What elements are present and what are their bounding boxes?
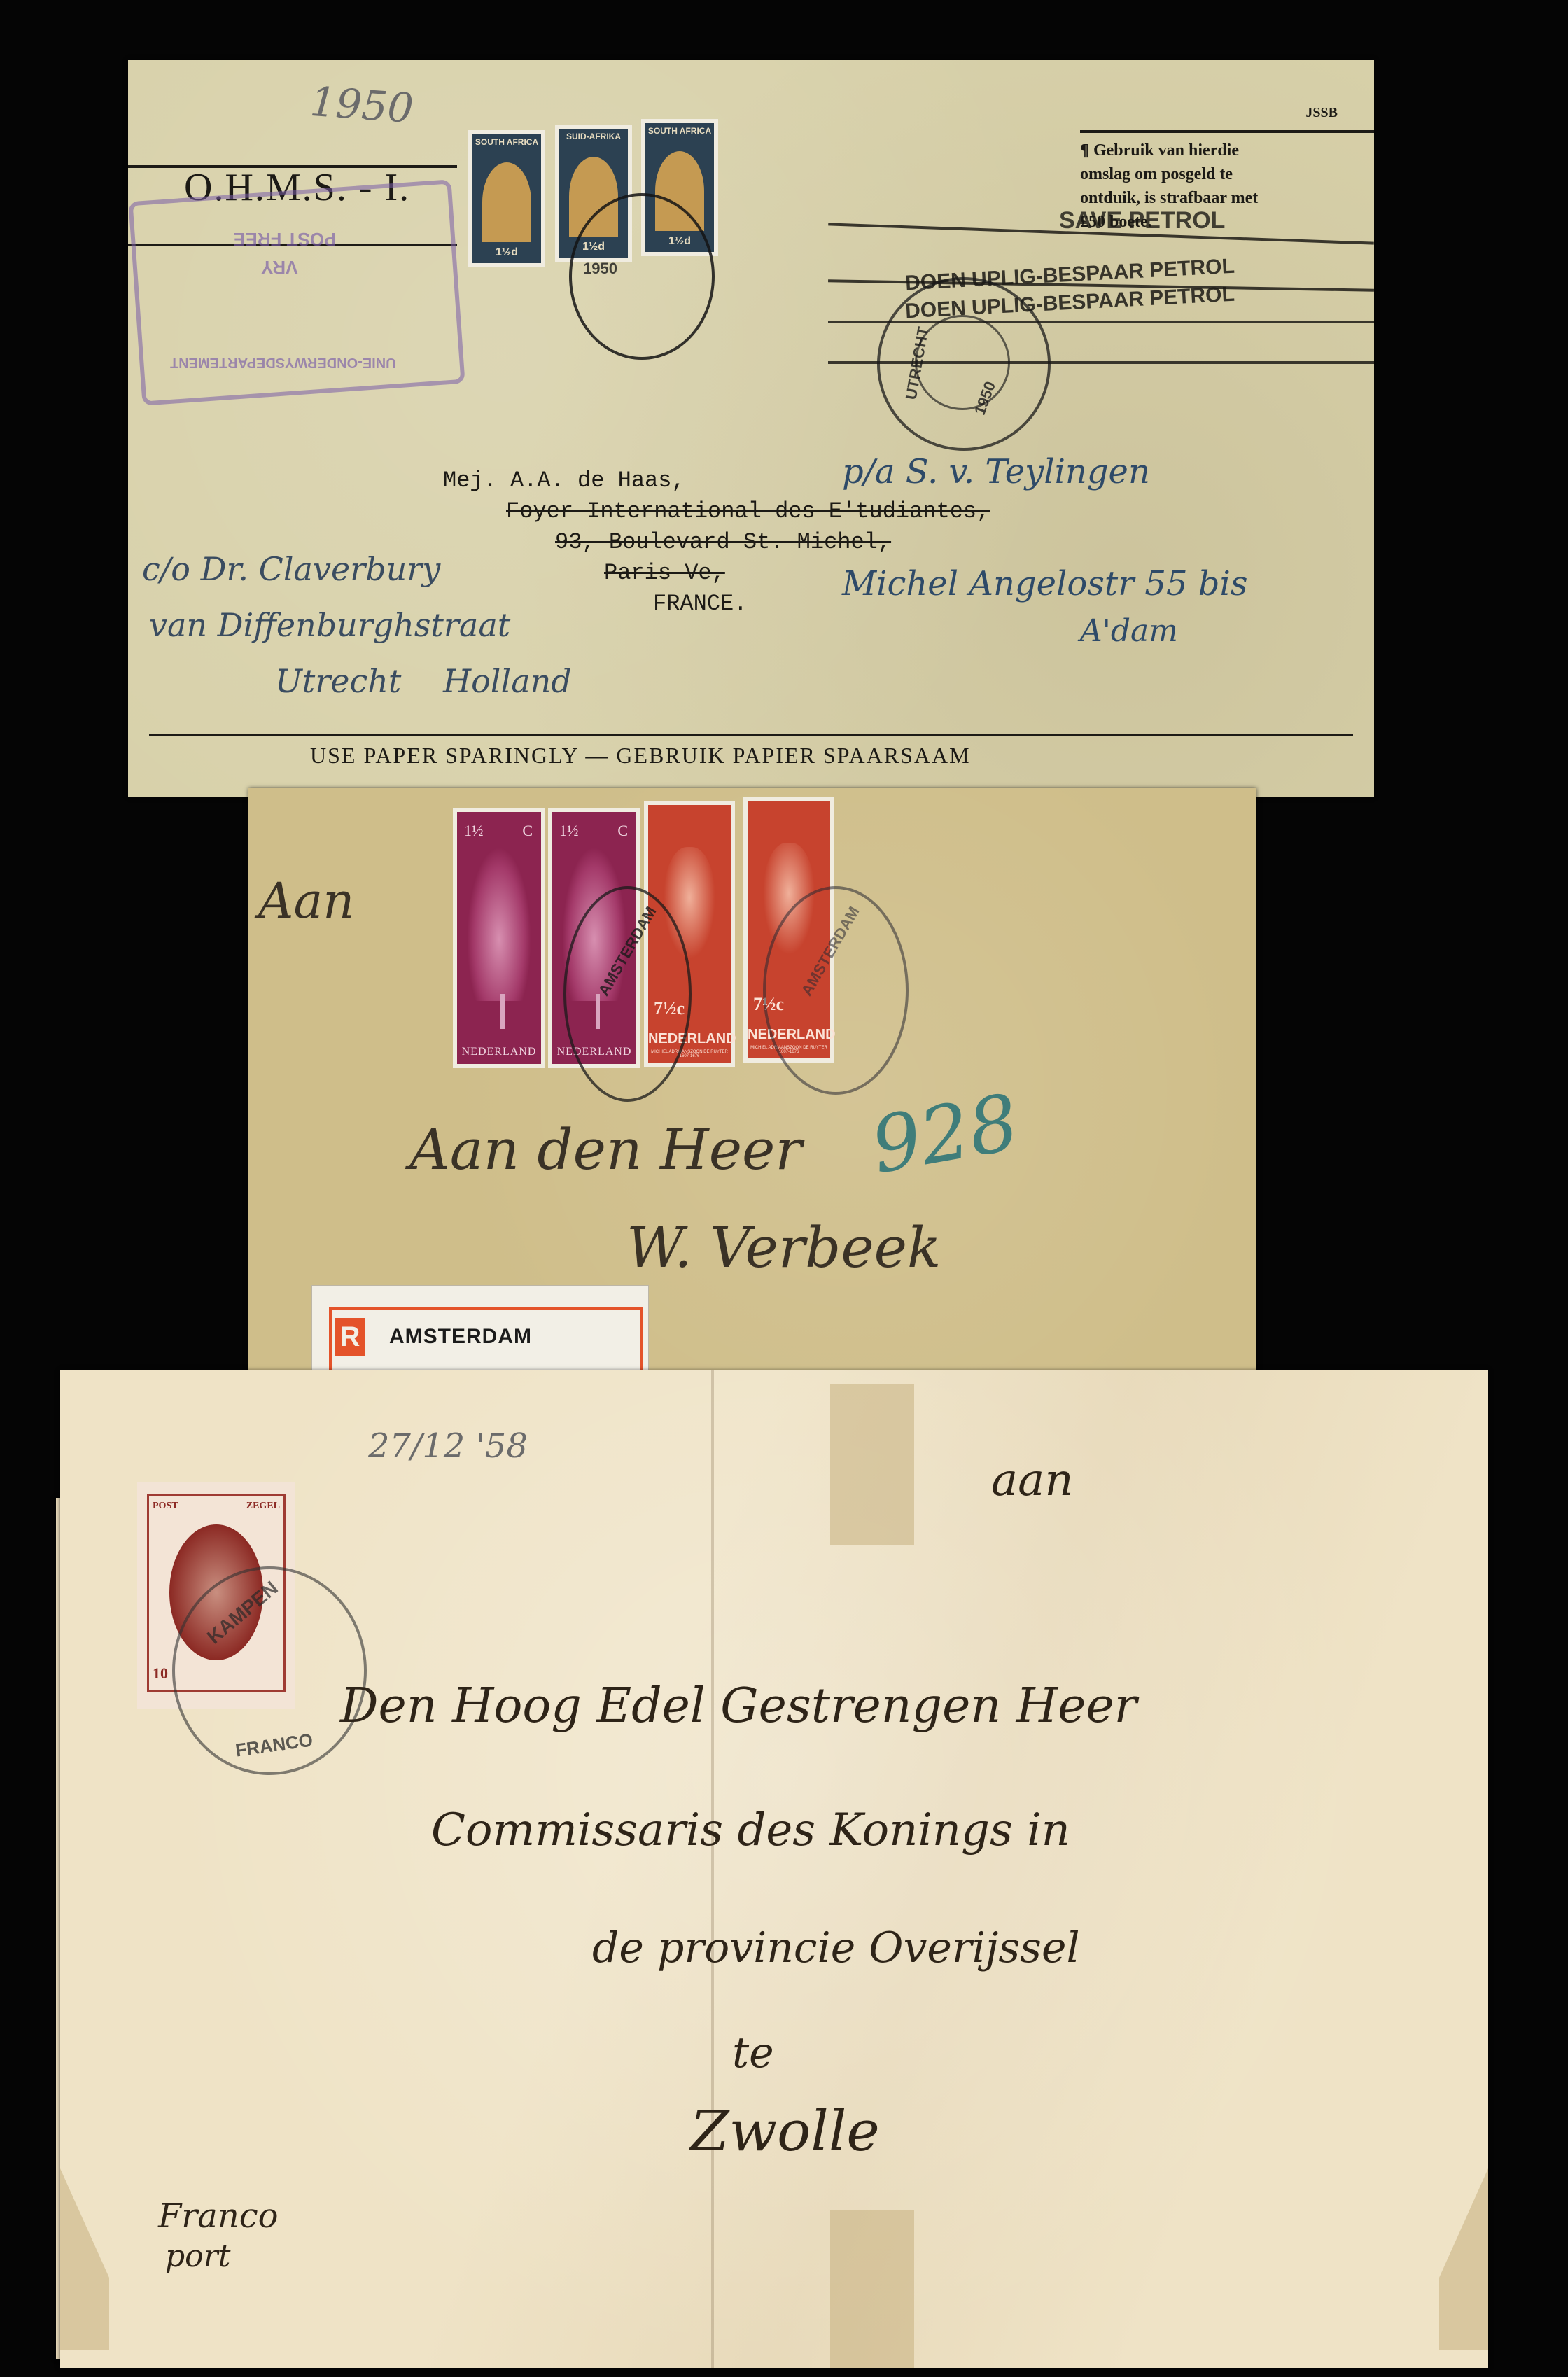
stamp-country: SOUTH AFRICA — [645, 126, 714, 136]
corner-tape — [1439, 2168, 1488, 2350]
address-line: Mej. A.A. de Haas, — [443, 468, 685, 493]
stamp-country: SOUTH AFRICA — [472, 137, 541, 147]
stamp-text: ZEGEL — [246, 1501, 280, 1512]
postmark-year: 1950 — [583, 260, 617, 278]
handwritten-address: W. Verbeek — [626, 1215, 941, 1280]
return-line: van Diffenburghstraat — [149, 606, 510, 644]
franco-note: Franco — [158, 2196, 279, 2236]
forwarding-line: p/a S. v. Teylingen — [842, 452, 1150, 491]
tree-trunk — [500, 994, 505, 1029]
stamp-country: SUID-AFRIKA — [559, 132, 628, 141]
south-africa-ohms-cover: 1950 JSSB O.H.M.S. - I. ¶ Gebruik van hi… — [128, 60, 1374, 797]
amsterdam-postmark — [763, 886, 909, 1095]
pencil-year-note: 1950 — [309, 78, 415, 132]
stamp-country: NEDERLAND — [457, 1046, 541, 1058]
registration-letter: R — [335, 1318, 365, 1356]
corner-tape — [60, 2168, 109, 2350]
netherlands-registered-cover: Aan 1½ C NEDERLAND 1½ C NEDERLAND 7½c NE… — [248, 788, 1256, 1390]
stamp-unit: C — [617, 822, 628, 840]
address-line: Commissaris des Konings in — [431, 1804, 1070, 1856]
address-line: Zwolle — [690, 2098, 880, 2164]
stamp-value: 1½ — [464, 822, 484, 840]
blue-crayon-number: 928 — [864, 1077, 1025, 1191]
amsterdam-postmark — [563, 886, 692, 1102]
address-line-struck: Foyer International des E'tudiantes, — [506, 498, 990, 524]
netherlands-1852-entire: 27/12 '58 POST ZEGEL 10 KAMPEN FRANCO aa… — [60, 1370, 1488, 2368]
address-line-struck: 93, Boulevard St. Michel, — [555, 529, 891, 555]
franco-note: port — [165, 2238, 230, 2274]
address-line: te — [732, 2028, 774, 2077]
vertical-fold — [711, 1370, 714, 2368]
handwritten-aan: Aan — [258, 872, 354, 930]
cachet-text: UNIE-ONDERWYSDEPARTEMENT — [170, 354, 396, 370]
tree-illustration — [467, 847, 531, 1001]
hinge-tape — [830, 2210, 914, 2368]
footer-slogan: USE PAPER SPARINGLY — GEBRUIK PAPIER SPA… — [310, 743, 971, 769]
cachet-text: VRY — [261, 256, 298, 278]
header-rule — [1080, 130, 1374, 133]
cachet-text: POST FREE — [233, 228, 336, 250]
stamp-mine-illustration — [482, 162, 531, 242]
printer-mark: JSSB — [1305, 105, 1338, 121]
pencil-date-note: 27/12 '58 — [368, 1426, 528, 1466]
handwritten-address: Aan den Heer — [409, 1117, 802, 1182]
stamp-value: 1½d — [472, 246, 541, 259]
stamp-value: 10 — [153, 1664, 168, 1683]
return-line: Utrecht — [275, 662, 401, 700]
stamp-south-africa: SOUTH AFRICA 1½d — [468, 130, 545, 267]
footer-rule — [149, 734, 1353, 736]
address-line: aan — [991, 1454, 1074, 1506]
forwarding-line: Michel Angelostr 55 bis — [842, 564, 1247, 603]
slogan-cancel: SAVE PETROL — [1059, 207, 1225, 234]
registration-city: AMSTERDAM — [389, 1325, 532, 1349]
address-line-struck: Paris Ve, — [604, 560, 725, 586]
return-line: Holland — [443, 662, 572, 700]
stamp-unit: C — [522, 822, 533, 840]
return-line: c/o Dr. Claverbury — [142, 550, 440, 588]
violet-official-cachet — [128, 179, 465, 406]
forwarding-line: A'dam — [1080, 613, 1178, 649]
stamp-text: POST — [153, 1501, 178, 1512]
stamp-tree-1-5c: 1½ C NEDERLAND — [453, 808, 545, 1068]
address-line: Den Hoog Edel Gestrengen Heer — [340, 1678, 1137, 1734]
address-line: de provincie Overijssel — [592, 1923, 1080, 1972]
address-line: FRANCE. — [653, 591, 747, 617]
stamp-value: 1½ — [559, 822, 579, 840]
utrecht-postmark — [877, 277, 1051, 451]
hinge-tape — [830, 1384, 914, 1545]
